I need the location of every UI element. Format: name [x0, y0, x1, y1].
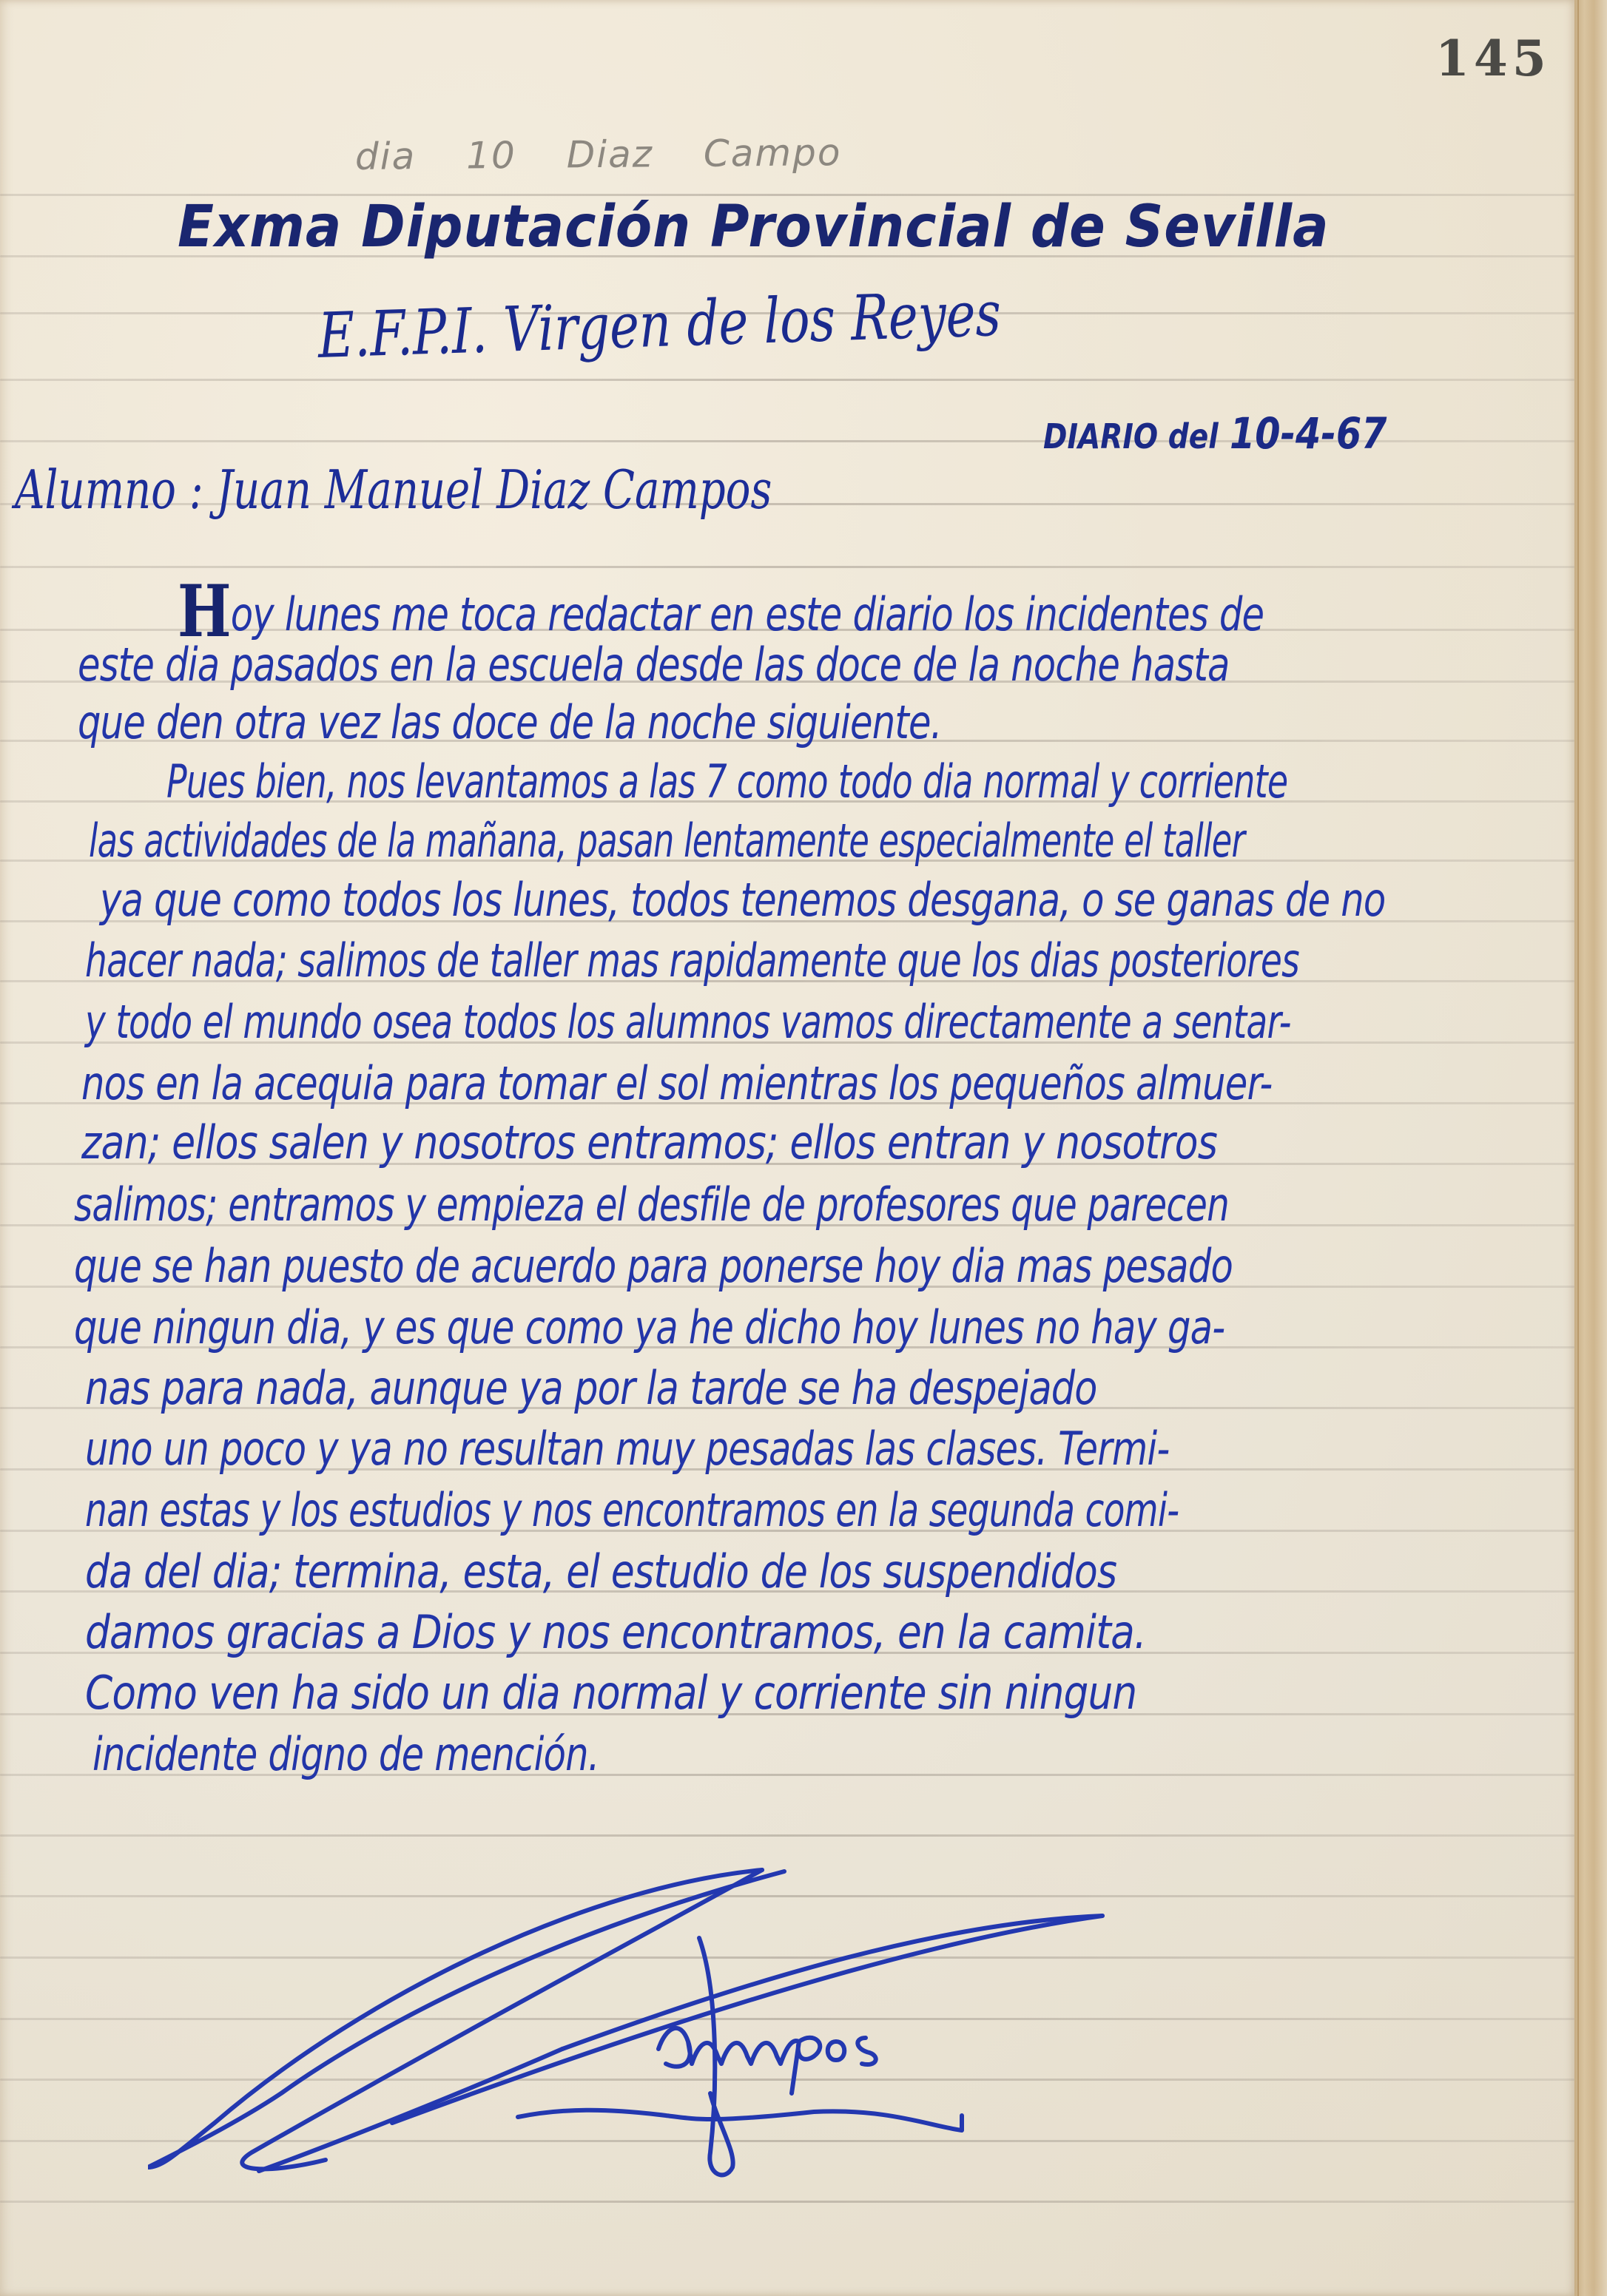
- body-line: que ningun dia, y es que como ya he dich…: [74, 1300, 1224, 1354]
- body-line: Pues bien, nos levantamos a las 7 como t…: [166, 754, 1287, 808]
- student-line: Alumno : Juan Manuel Diaz Campos: [15, 459, 772, 521]
- page-number: 145: [1435, 30, 1551, 87]
- body-line: que den otra vez las doce de la noche si…: [78, 695, 942, 749]
- body-line: nos en la acequia para tomar el sol mien…: [81, 1056, 1272, 1110]
- diary-date: 10-4-67: [1230, 408, 1387, 459]
- diary-date-line: DIARIO del10-4-67: [1043, 408, 1387, 459]
- body-line: las actividades de la mañana, pasan lent…: [89, 814, 1244, 868]
- ruled-line: [0, 379, 1574, 381]
- body-line: salimos; entramos y empieza el desfile d…: [74, 1178, 1229, 1232]
- body-line: y todo el mundo osea todos los alumnos v…: [85, 995, 1291, 1049]
- signature-flourish: [148, 1842, 1184, 2182]
- pencil-annotation: dia 10 Diaz Campo: [355, 131, 842, 178]
- body-line: que se han puesto de acuerdo para poners…: [74, 1239, 1233, 1293]
- diary-label: DIARIO del: [1043, 416, 1219, 456]
- body-line: ya que como todos los lunes, todos tenem…: [100, 873, 1385, 927]
- body-line: uno un poco y ya no resultan muy pesadas…: [85, 1422, 1169, 1476]
- body-line: zan; ellos salen y nosotros entramos; el…: [81, 1115, 1217, 1169]
- body-line: damos gracias a Dios y nos encontramos, …: [85, 1605, 1146, 1659]
- school-name: E.F.P.I. Virgen de los Reyes: [317, 277, 1002, 372]
- body-line: nan estas y los estudios y nos encontram…: [85, 1483, 1179, 1537]
- body-line: nas para nada, aunque ya por la tarde se…: [85, 1361, 1097, 1415]
- body-line: incidente digno de mención.: [92, 1727, 599, 1781]
- body-line: hacer nada; salimos de taller mas rapida…: [85, 933, 1299, 987]
- student-name: Juan Manuel Diaz Campos: [217, 459, 772, 521]
- ruled-line: [0, 2201, 1574, 2203]
- ruled-line: [0, 1834, 1574, 1837]
- body-line: da del dia; termina, esta, el estudio de…: [85, 1544, 1116, 1598]
- book-spine-edge: [1574, 0, 1607, 2296]
- ruled-line: [0, 566, 1574, 568]
- body-line: Como ven ha sido un dia normal y corrien…: [85, 1666, 1136, 1720]
- diary-page: 145 dia 10 Diaz Campo Exma Diputación Pr…: [0, 0, 1576, 2296]
- institution-title: Exma Diputación Provincial de Sevilla: [178, 194, 1329, 260]
- student-label: Alumno :: [15, 459, 203, 521]
- body-line: este dia pasados en la escuela desde las…: [78, 638, 1230, 692]
